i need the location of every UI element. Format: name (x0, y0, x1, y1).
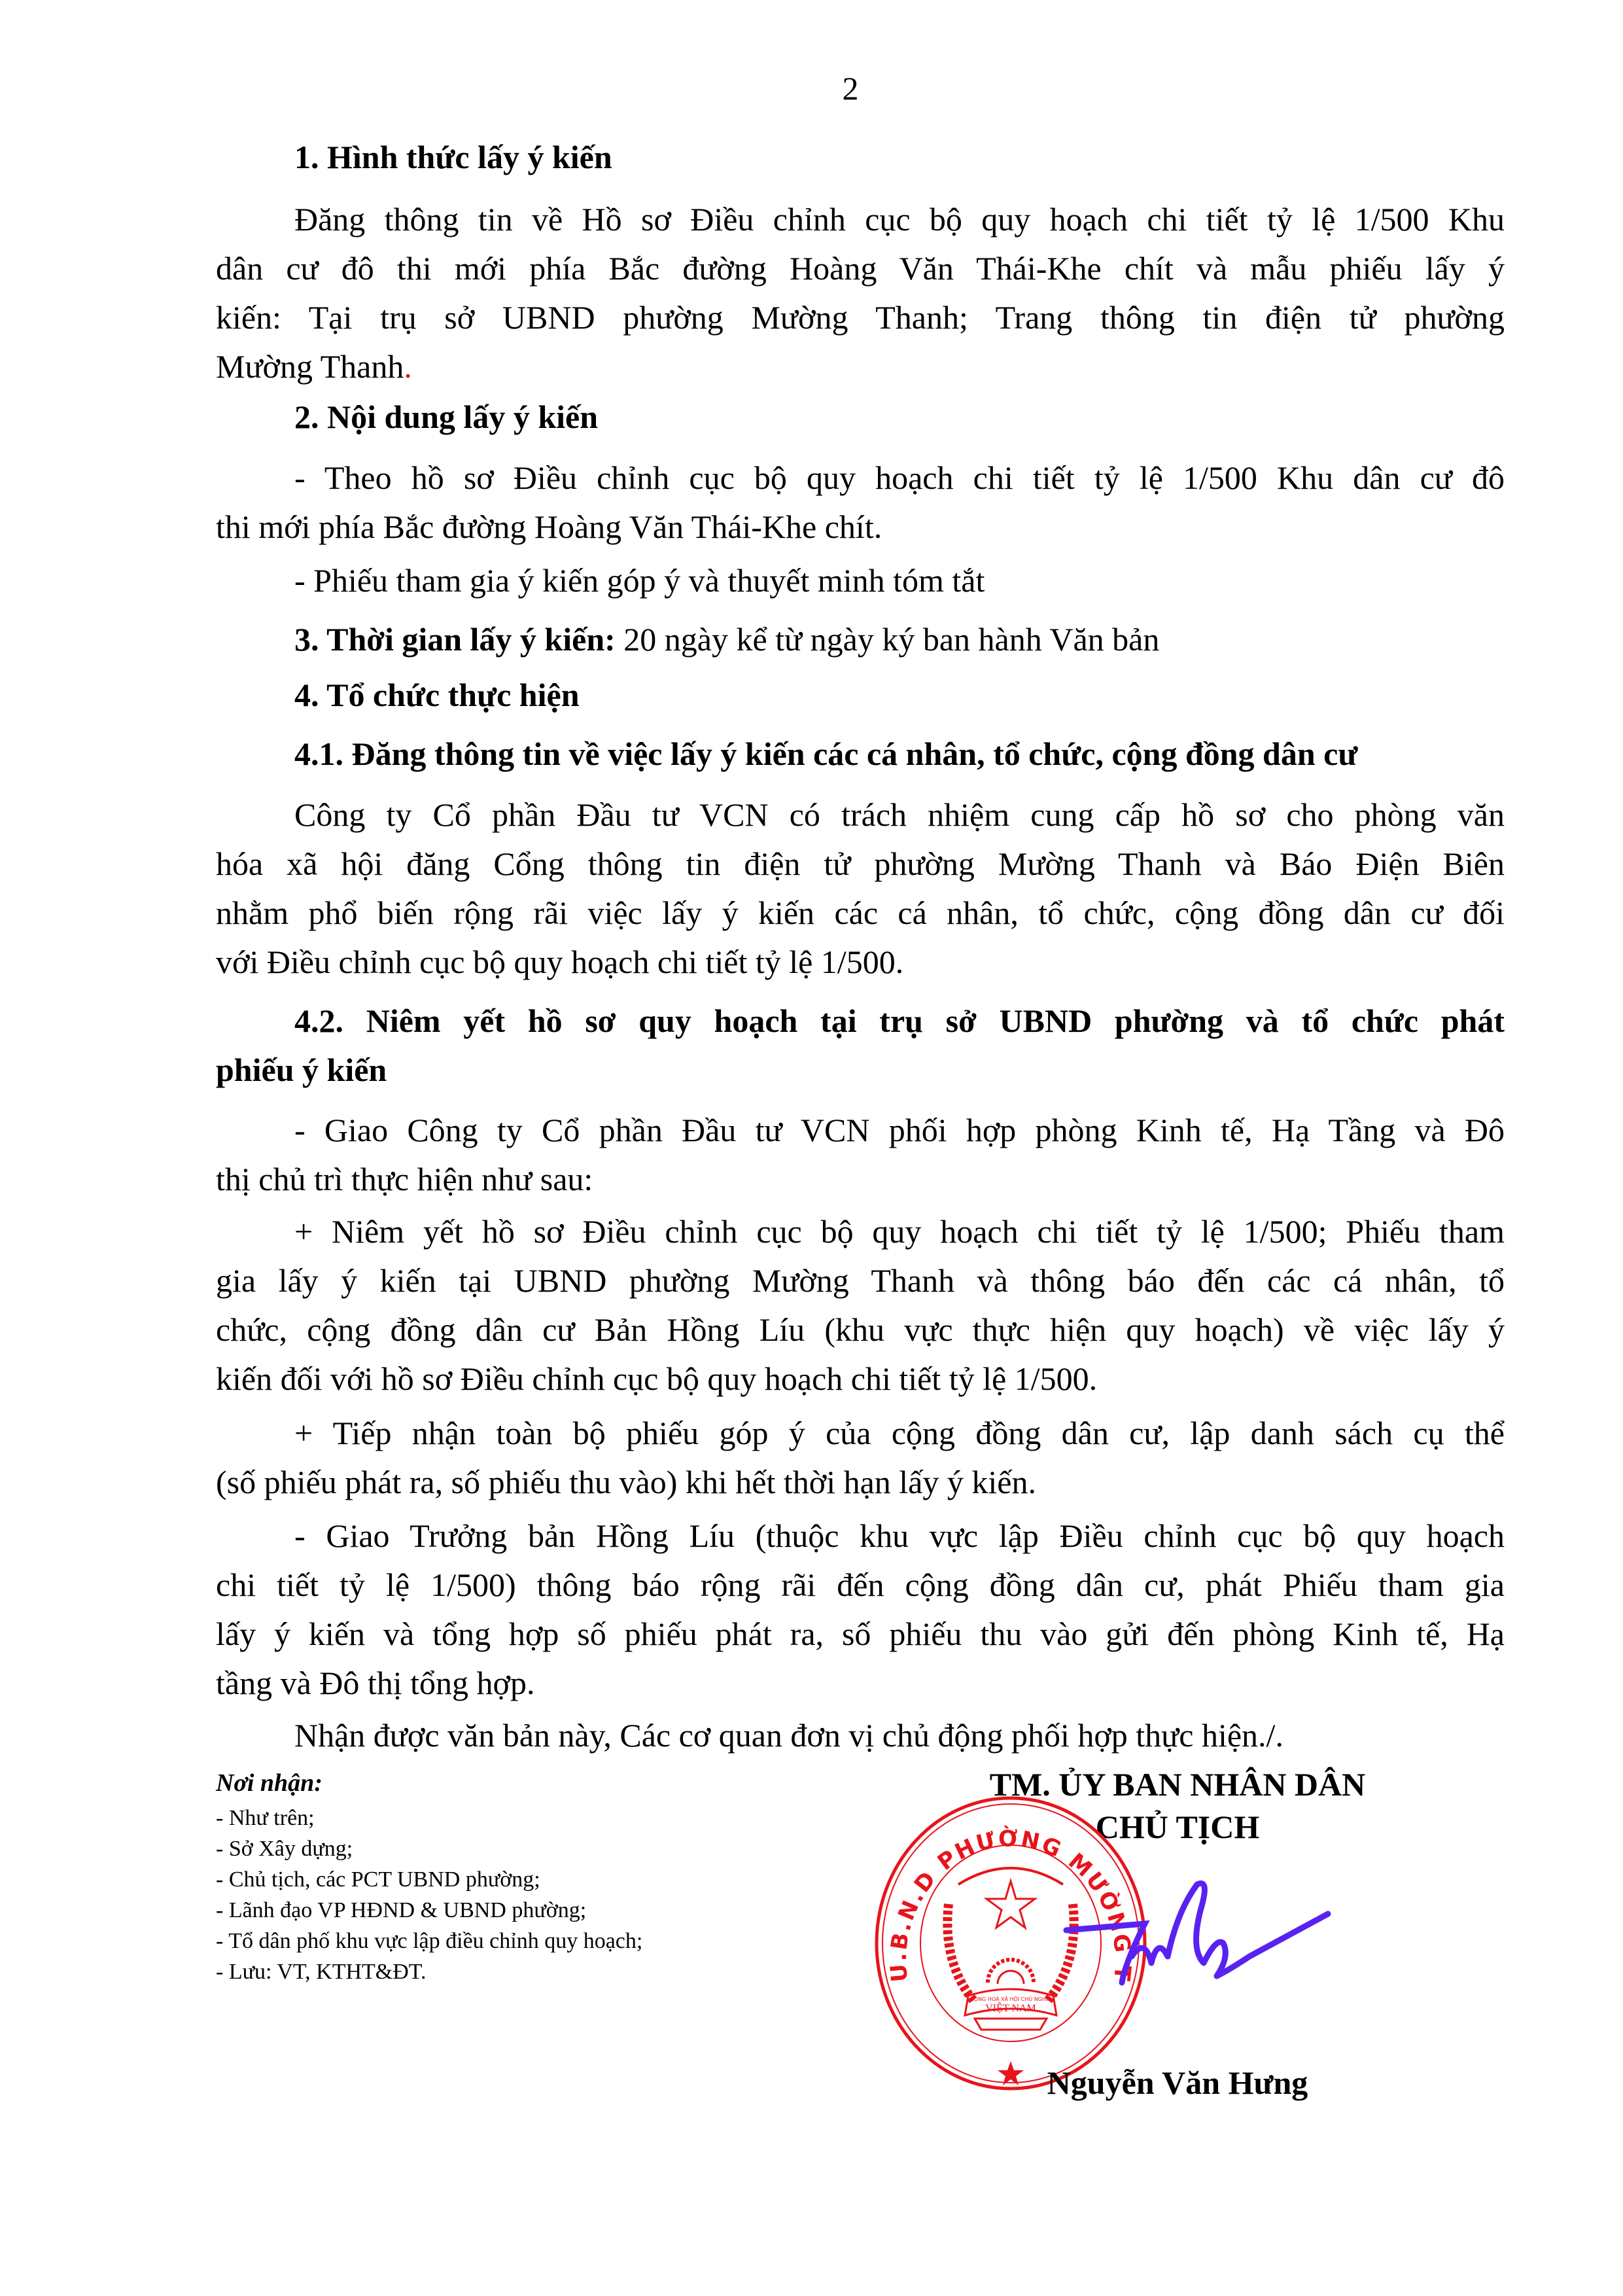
recipient-item: - Lãnh đạo VP HĐND & UBND phường; (216, 1895, 586, 1926)
closing-statement: Nhận được văn bản này, Các cơ quan đơn v… (294, 1716, 1283, 1755)
section-1-line-4: Mường Thanh. (216, 347, 412, 386)
section-4-1-line-4: với Điều chỉnh cục bộ quy hoạch chi tiết… (216, 942, 903, 981)
section-4-2-p2-line-1: + Niêm yết hồ sơ Điều chỉnh cục bộ quy h… (294, 1212, 1505, 1251)
section-3-value: 20 ngày kể từ ngày ký ban hành Văn bản (616, 621, 1160, 658)
section-4-2-p3-line-1: + Tiếp nhận toàn bộ phiếu góp ý của cộng… (294, 1413, 1505, 1453)
section-1-line-1: Đăng thông tin về Hồ sơ Điều chỉnh cục b… (294, 200, 1505, 239)
section-4-2-p2-line-3: chức, cộng đồng dân cư Bản Hồng Líu (khu… (216, 1310, 1505, 1349)
section-4-2-p4-line-1: - Giao Trưởng bản Hồng Líu (thuộc khu vự… (294, 1516, 1505, 1555)
section-1-line-4-text: Mường Thanh (216, 348, 404, 385)
section-2-heading: 2. Nội dung lấy ý kiến (294, 397, 598, 436)
section-4-2-p1-line-2: thị chủ trì thực hiện như sau: (216, 1159, 593, 1199)
recipient-item: - Chủ tịch, các PCT UBND phường; (216, 1864, 540, 1895)
section-1-line-3: kiến: Tại trụ sở UBND phường Mường Thanh… (216, 298, 1505, 337)
section-4-2-heading-line-2: phiếu ý kiến (216, 1050, 387, 1089)
svg-text:CỘNG HOÀ XÃ HỘI CHỦ NGHĨA: CỘNG HOÀ XÃ HỘI CHỦ NGHĨA (970, 1995, 1051, 2002)
section-4-heading: 4. Tổ chức thực hiện (294, 675, 580, 715)
red-period: . (404, 348, 412, 385)
section-4-2-heading-line-1: 4.2. Niêm yết hồ sơ quy hoạch tại trụ sở… (294, 1001, 1505, 1040)
section-1-line-2: dân cư đô thi mới phía Bắc đường Hoàng V… (216, 249, 1505, 288)
section-4-1-line-3: nhằm phổ biến rộng rãi việc lấy ý kiến c… (216, 893, 1505, 932)
recipient-item: - Như trên; (216, 1803, 315, 1833)
section-4-2-p4-line-3: lấy ý kiến và tổng hợp số phiếu phát ra,… (216, 1614, 1505, 1653)
section-2-item-2: - Phiếu tham gia ý kiến góp ý và thuyết … (294, 561, 985, 600)
section-2-item-1-line-1: - Theo hồ sơ Điều chỉnh cục bộ quy hoạch… (294, 458, 1505, 497)
section-4-2-p2-line-2: gia lấy ý kiến tại UBND phường Mường Tha… (216, 1261, 1505, 1300)
recipients-title: Nơi nhận: (216, 1768, 323, 1799)
section-4-1-line-1: Công ty Cổ phần Đầu tư VCN có trách nhiệ… (294, 795, 1505, 834)
section-4-2-p1-line-1: - Giao Công ty Cổ phần Đầu tư VCN phối h… (294, 1110, 1505, 1150)
section-2-item-1-line-2: thi mới phía Bắc đường Hoàng Văn Thái-Kh… (216, 507, 882, 546)
page-number: 2 (811, 69, 890, 108)
section-4-2-p2-line-4: kiến đối với hồ sơ Điều chỉnh cục bộ quy… (216, 1359, 1097, 1398)
recipient-item: - Tổ dân phố khu vực lập điều chỉnh quy … (216, 1926, 642, 1956)
svg-text:VIỆT NAM: VIỆT NAM (985, 2002, 1036, 2014)
handwritten-signature-icon (1060, 1871, 1335, 1989)
document-page: 2 1. Hình thức lấy ý kiến Đăng thông tin… (0, 0, 1623, 2296)
section-1-heading: 1. Hình thức lấy ý kiến (294, 137, 612, 177)
section-3-label: 3. Thời gian lấy ý kiến: (294, 621, 616, 658)
section-3: 3. Thời gian lấy ý kiến: 20 ngày kể từ n… (294, 620, 1159, 659)
section-4-2-p4-line-2: chi tiết tỷ lệ 1/500) thông báo rộng rãi… (216, 1565, 1505, 1604)
section-4-2-p3-line-2: (số phiếu phát ra, số phiếu thu vào) khi… (216, 1462, 1036, 1502)
section-4-2-p4-line-4: tầng và Đô thị tổng hợp. (216, 1663, 535, 1703)
recipient-item: - Lưu: VT, KTHT&ĐT. (216, 1956, 427, 1987)
signer-name: Nguyễn Văn Hưng (916, 2063, 1439, 2102)
recipient-item: - Sở Xây dựng; (216, 1833, 353, 1864)
section-4-1-heading: 4.1. Đăng thông tin về việc lấy ý kiến c… (294, 734, 1357, 773)
section-4-1-line-2: hóa xã hội đăng Cổng thông tin điện tử p… (216, 844, 1505, 883)
